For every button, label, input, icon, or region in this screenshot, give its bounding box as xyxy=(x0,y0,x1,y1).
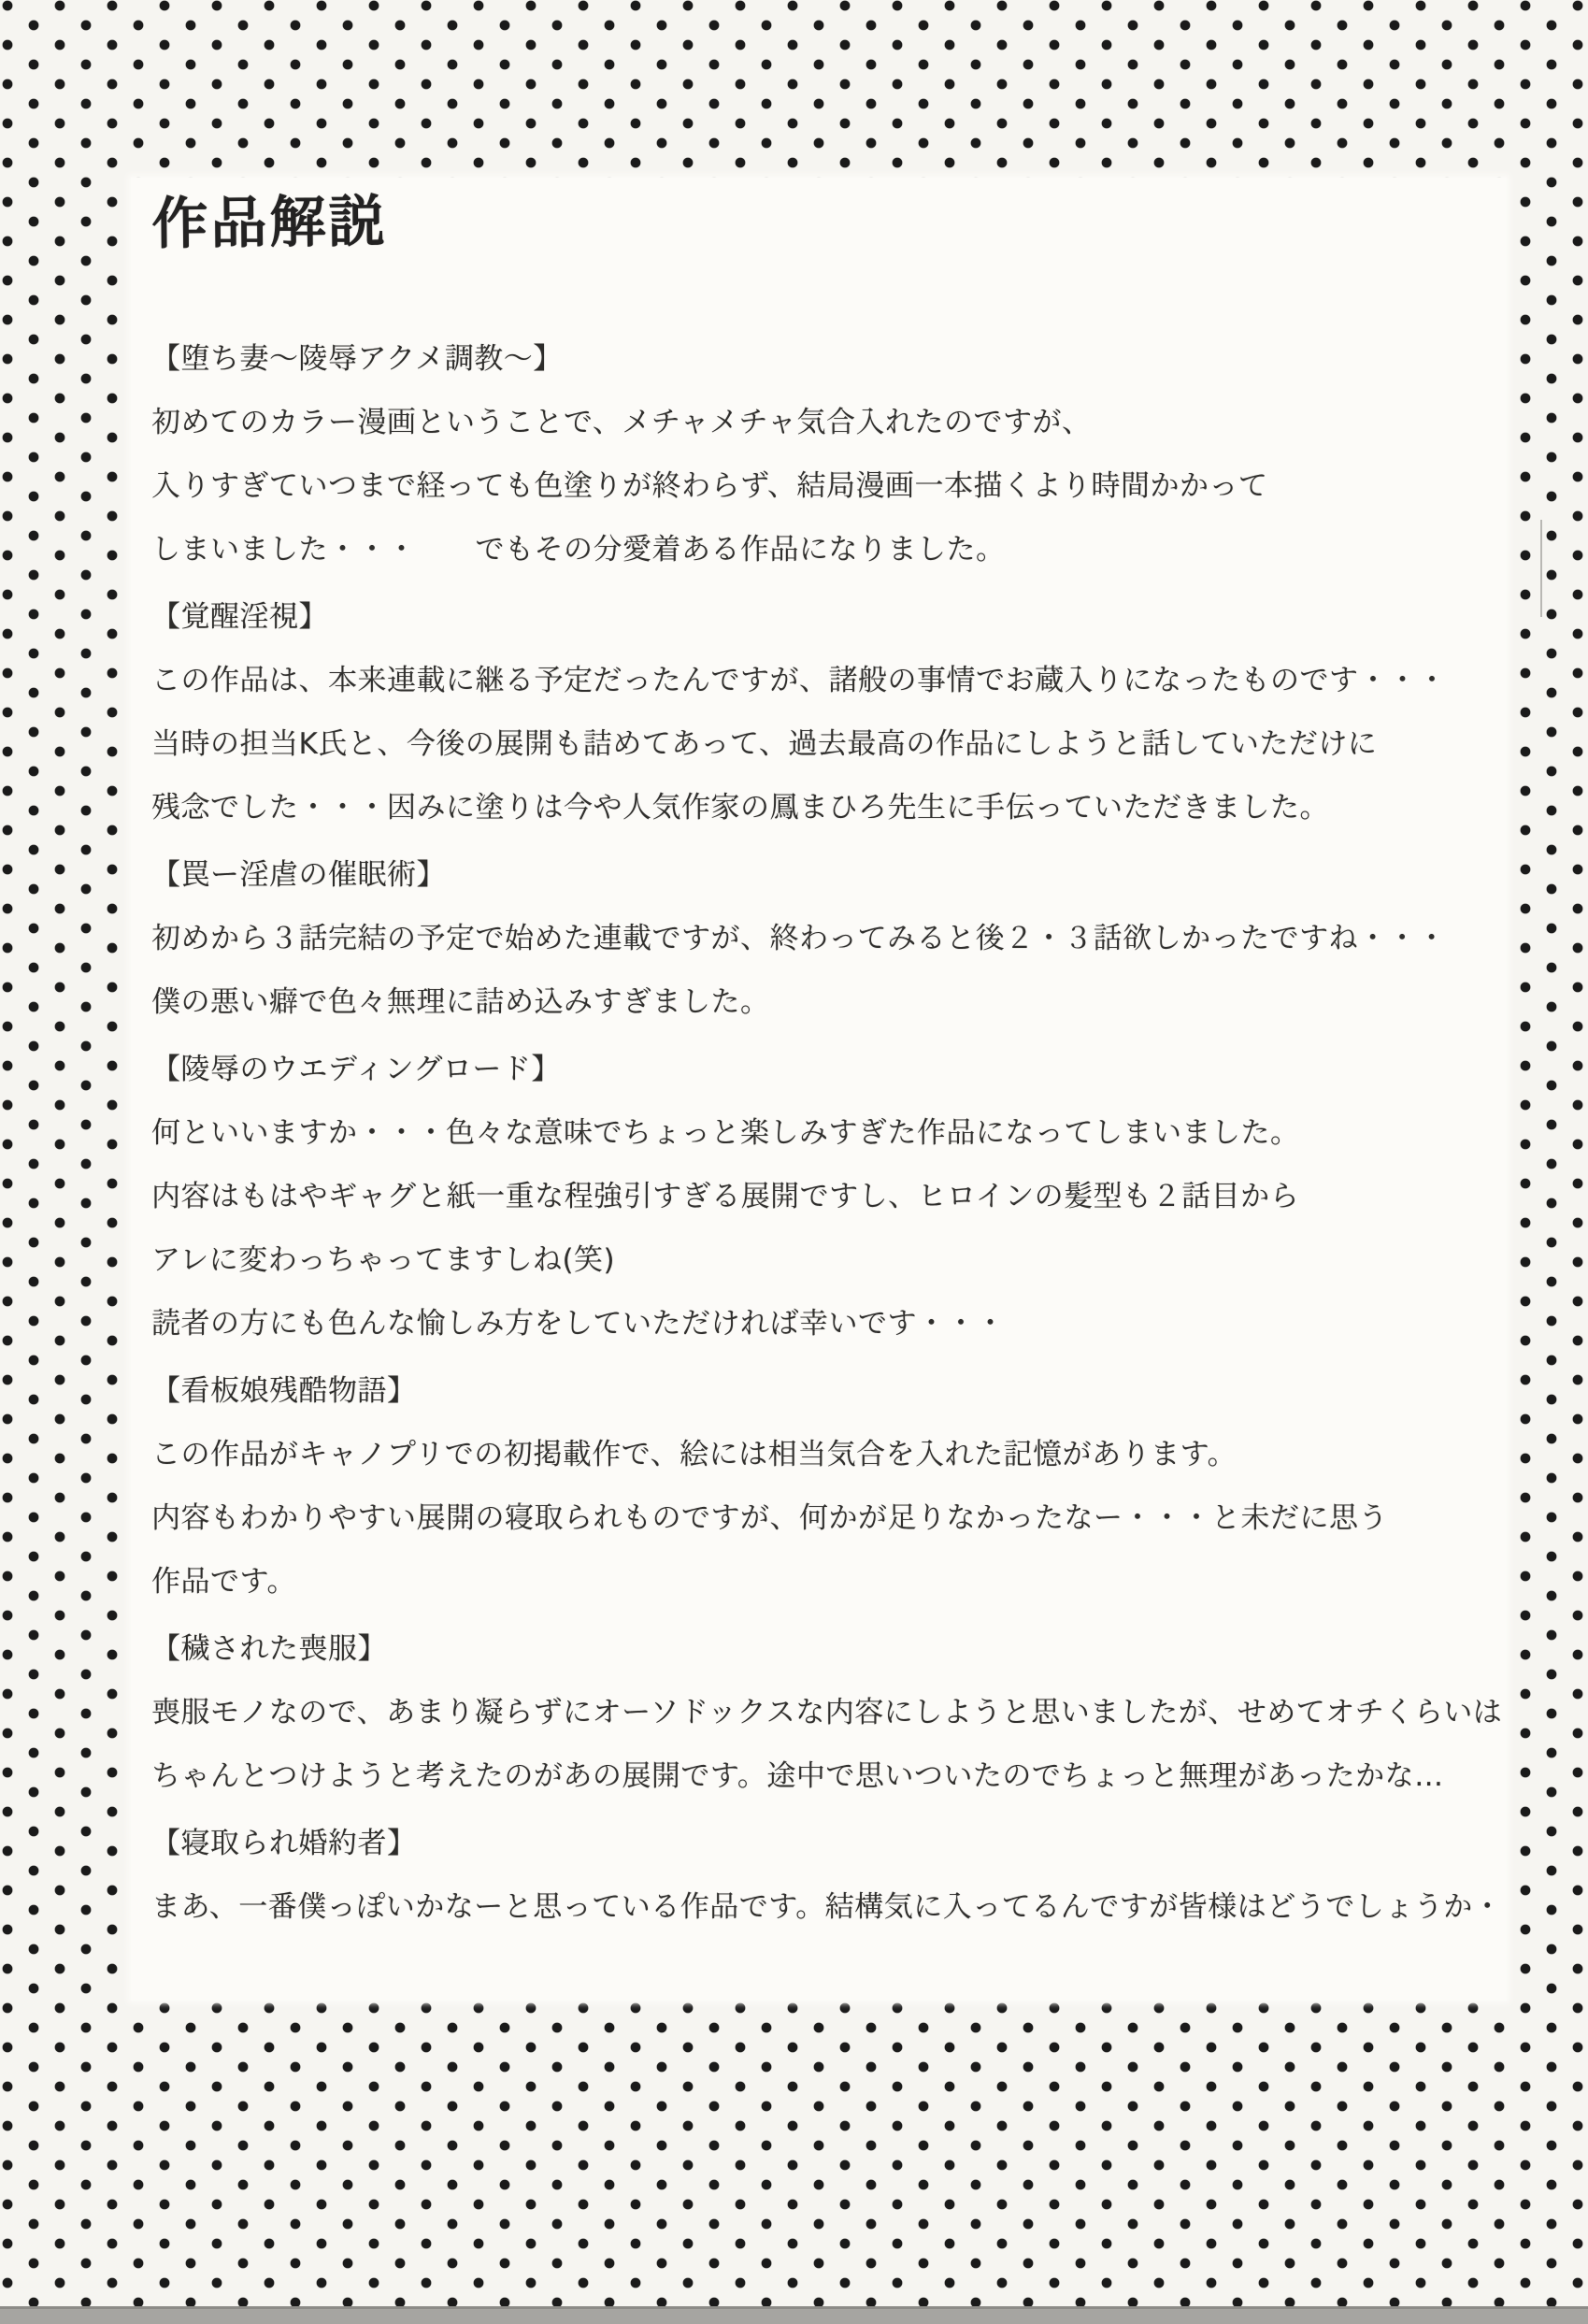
commentary-line: 喪服モノなので、あまり凝らずにオーソドックスな内容にしようと思いましたが、せめて… xyxy=(151,1693,1488,1732)
commentary-line: アレに変わっちゃってますしね(笑) xyxy=(151,1241,1488,1280)
scan-artifact-line xyxy=(1540,520,1542,617)
commentary-line: 何といいますか・・・色々な意味でちょっと楽しみすぎた作品になってしまいました。 xyxy=(151,1113,1488,1153)
work-entry-kanbanmusume: 【看板娘残酷物語】 この作品がキャノプリでの初掲載作で、絵には相当気合を入れた記… xyxy=(151,1371,1488,1601)
work-entry-netorare-konyakusha: 【寝取られ婚約者】 まあ、一番僕っぽいかなーと思っている作品です。結構気に入って… xyxy=(151,1824,1488,1927)
work-heading: 【寝取られ婚約者】 xyxy=(151,1824,1488,1863)
commentary-line: 読者の方にも色んな愉しみ方をしていただければ幸いです・・・ xyxy=(151,1304,1488,1343)
work-entry-mofuku: 【穢された喪服】 喪服モノなので、あまり凝らずにオーソドックスな内容にしようと思… xyxy=(151,1629,1488,1796)
work-heading: 【覚醒淫視】 xyxy=(151,597,1488,637)
commentary-line: この作品がキャノプリでの初掲載作で、絵には相当気合を入れた記憶があります。 xyxy=(151,1435,1488,1474)
commentary-line: 作品です。 xyxy=(151,1562,1488,1601)
work-entry-wedding-road: 【陵辱のウエディングロード】 何といいますか・・・色々な意味でちょっと楽しみすぎ… xyxy=(151,1050,1488,1343)
commentary-line: まあ、一番僕っぽいかなーと思っている作品です。結構気に入ってるんですが皆様はどう… xyxy=(151,1887,1488,1927)
commentary-line: 初めから３話完結の予定で始めた連載ですが、終わってみると後２・３話欲しかったです… xyxy=(151,919,1488,958)
work-heading: 【穢された喪服】 xyxy=(151,1629,1488,1669)
work-entry-kakusei-inshi: 【覚醒淫視】 この作品は、本来連載に継る予定だったんですが、諸般の事情でお蔵入り… xyxy=(151,597,1488,827)
work-heading: 【堕ち妻～陵辱アクメ調教～】 xyxy=(151,339,1488,379)
work-entry-wana: 【罠ー淫虐の催眠術】 初めから３話完結の予定で始めた連載ですが、終わってみると後… xyxy=(151,855,1488,1022)
commentary-line: 入りすぎていつまで経っても色塗りが終わらず、結局漫画一本描くより時間かかって xyxy=(151,466,1488,506)
commentary-line: しまいました・・・ でもその分愛着ある作品になりました。 xyxy=(151,530,1488,569)
commentary-line: この作品は、本来連載に継る予定だったんですが、諸般の事情でお蔵入りになったもので… xyxy=(151,661,1488,700)
work-entry-ochizuma: 【堕ち妻～陵辱アクメ調教～】 初めてのカラー漫画ということで、メチャメチャ気合入… xyxy=(151,339,1488,569)
scan-edge-bottom xyxy=(0,2306,1588,2324)
commentary-line: 内容もわかりやすい展開の寝取られものですが、何かが足りなかったなー・・・と未だに… xyxy=(151,1499,1488,1538)
commentary-line: 当時の担当K氏と、今後の展開も詰めてあって、過去最高の作品にしようと話していただ… xyxy=(151,724,1488,764)
commentary-line: 初めてのカラー漫画ということで、メチャメチャ気合入れたのですが、 xyxy=(151,403,1488,442)
commentary-line: ちゃんとつけようと考えたのがあの展開です。途中で思いついたのでちょっと無理があっ… xyxy=(151,1757,1488,1796)
work-heading: 【罠ー淫虐の催眠術】 xyxy=(151,855,1488,895)
work-heading: 【看板娘残酷物語】 xyxy=(151,1371,1488,1411)
content-area: 作品解説 【堕ち妻～陵辱アクメ調教～】 初めてのカラー漫画ということで、メチャメ… xyxy=(131,178,1507,2001)
commentary-line: 僕の悪い癖で色々無理に詰め込みすぎました。 xyxy=(151,983,1488,1022)
commentary-line: 残念でした・・・因みに塗りは今や人気作家の鳳まひろ先生に手伝っていただきました。 xyxy=(151,788,1488,827)
commentary-line: 内容はもはやギャグと紙一重な程強引すぎる展開ですし、ヒロインの髪型も２話目から xyxy=(151,1177,1488,1216)
scanned-page: { "doc": { "title": "作品解説", "sections": … xyxy=(0,0,1588,2324)
work-heading: 【陵辱のウエディングロード】 xyxy=(151,1050,1488,1089)
page-title: 作品解説 xyxy=(151,178,1489,257)
